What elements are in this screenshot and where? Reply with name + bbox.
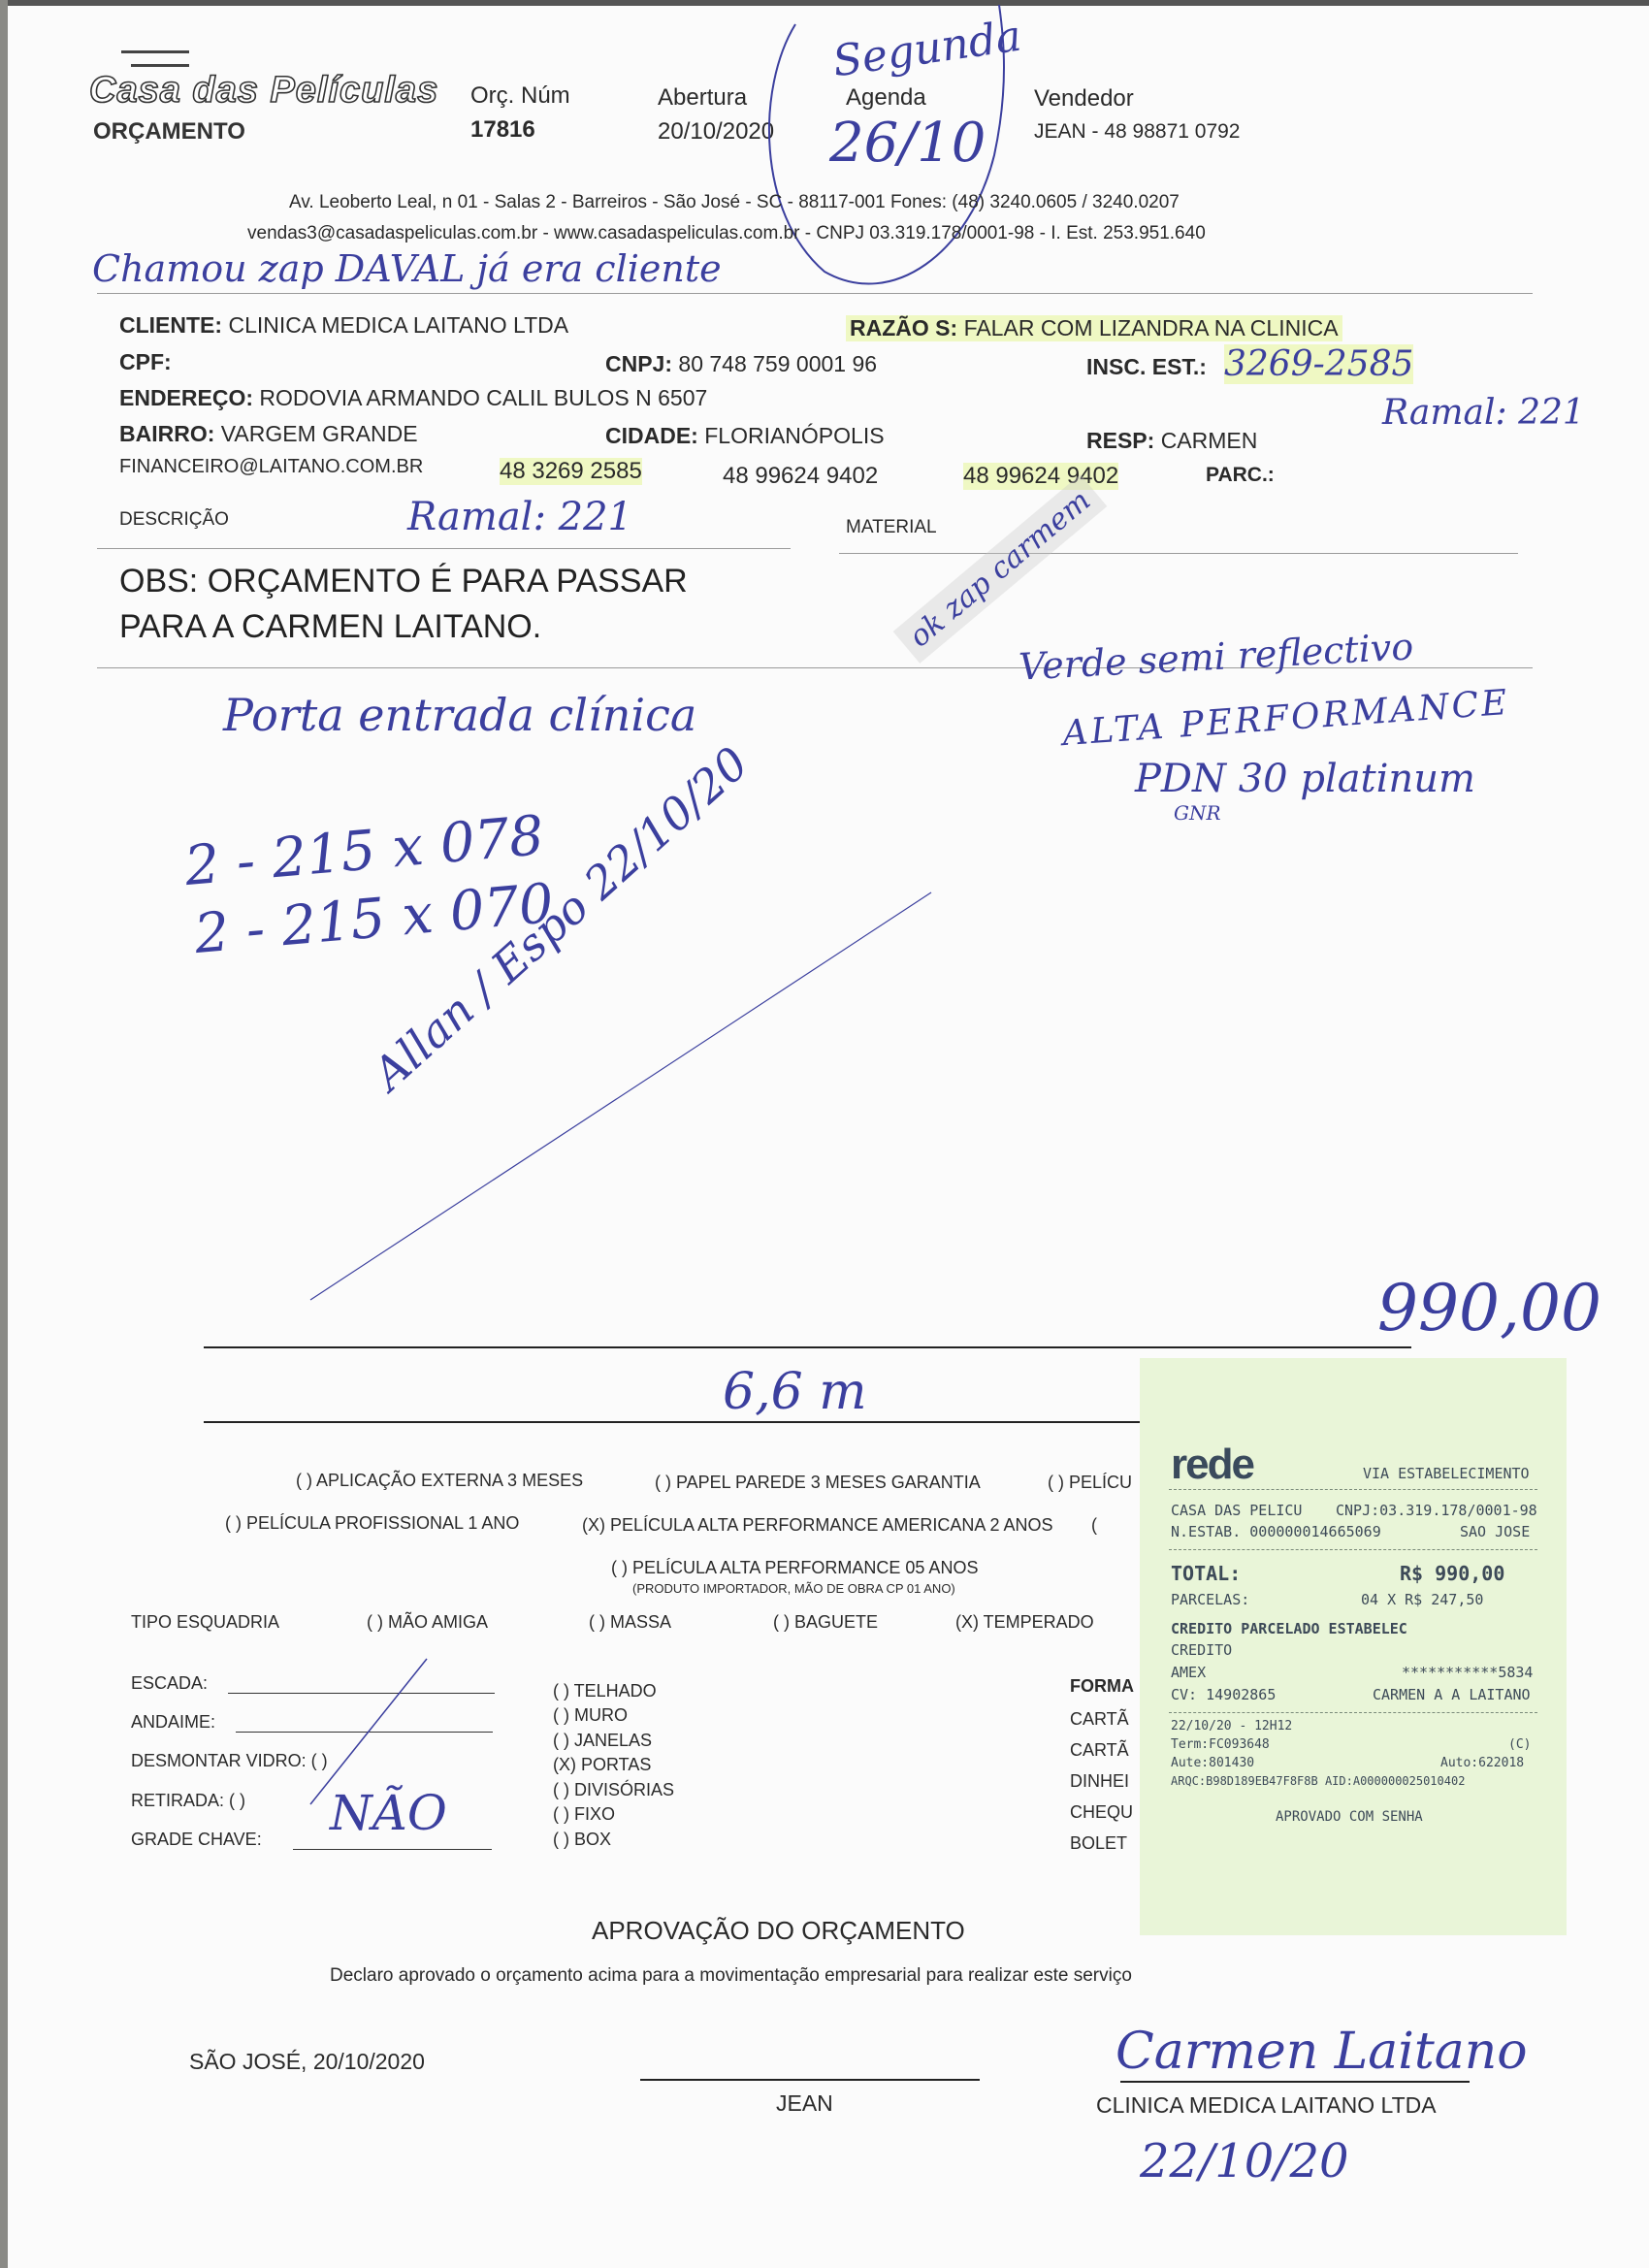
area-line <box>204 1421 1145 1423</box>
ramal-handwritten: Ramal: 221 <box>1382 393 1585 433</box>
esquadria-massa[interactable]: ( ) MASSA <box>589 1612 671 1633</box>
obs-line-1: OBS: ORÇAMENTO É PARA PASSAR <box>119 563 688 600</box>
razao-label: RAZÃO S: <box>850 315 957 340</box>
bairro-value: VARGEM GRANDE <box>221 421 418 446</box>
option-papel-parede[interactable]: ( ) PAPEL PAREDE 3 MESES GARANTIA <box>655 1473 981 1493</box>
material-desc-1: Verde semi reflectivo <box>1018 625 1414 688</box>
location-box[interactable]: ( ) BOX <box>553 1830 611 1850</box>
divider <box>839 553 1518 554</box>
receipt-aute: Aute:801430 <box>1171 1756 1254 1770</box>
cliente-label: CLIENTE: <box>119 312 222 338</box>
divider <box>97 293 1533 294</box>
desc-place-handwritten: Porta entrada clínica <box>223 689 696 741</box>
logo-decoration <box>131 64 189 67</box>
location-portas[interactable]: (X) PORTAS <box>553 1755 651 1775</box>
escada-label: ESCADA: <box>131 1673 208 1694</box>
seller-name: JEAN <box>776 2090 833 2117</box>
resp-row: RESP: CARMEN <box>1086 428 1257 454</box>
top-note-handwritten: Chamou zap DAVAL já era cliente <box>92 247 722 290</box>
cnpj-label: CNPJ: <box>605 351 672 376</box>
location-divisorias[interactable]: ( ) DIVISÓRIAS <box>553 1780 674 1800</box>
cidade-row: CIDADE: FLORIANÓPOLIS <box>605 423 885 449</box>
total-line <box>204 1346 1411 1348</box>
material-label: MATERIAL <box>846 517 937 538</box>
receipt-divider <box>1169 1549 1537 1550</box>
payment-option[interactable]: CARTÃ <box>1070 1740 1129 1761</box>
material-note-handwritten: ok zap carmem <box>893 474 1108 664</box>
approval-declaration: Declaro aprovado o orçamento acima para … <box>330 1965 1132 1987</box>
cidade-label: CIDADE: <box>605 423 698 448</box>
insc-est-handwritten: 3269-2585 <box>1224 344 1413 384</box>
payment-title: FORMA <box>1070 1676 1134 1697</box>
receipt-total-value: R$ 990,00 <box>1400 1562 1504 1585</box>
client-date-handwritten: 22/10/20 <box>1140 2134 1349 2188</box>
receipt-card-brand: AMEX <box>1171 1664 1206 1681</box>
receipt-city: SAO JOSE <box>1460 1523 1530 1540</box>
client-company-name: CLINICA MEDICA LAITANO LTDA <box>1096 2092 1437 2119</box>
receipt-parcelas-label: PARCELAS: <box>1171 1591 1249 1608</box>
receipt-card-number: ***********5834 <box>1402 1664 1533 1681</box>
payment-option[interactable]: CHEQU <box>1070 1802 1133 1823</box>
agenda-date-handwritten: 26/10 <box>829 112 986 175</box>
approval-title: APROVAÇÃO DO ORÇAMENTO <box>592 1916 965 1946</box>
company-address: Av. Leoberto Leal, n 01 - Salas 2 - Barr… <box>289 192 1180 213</box>
receipt-via: VIA ESTABELECIMENTO <box>1363 1465 1530 1482</box>
esquadria-label: TIPO ESQUADRIA <box>131 1612 279 1633</box>
location-janelas[interactable]: ( ) JANELAS <box>553 1731 652 1751</box>
bairro-label: BAIRRO: <box>119 421 214 446</box>
grade-chave-label: GRADE CHAVE: <box>131 1830 262 1850</box>
option-aplicacao-externa[interactable]: ( ) APLICAÇÃO EXTERNA 3 MESES <box>296 1471 583 1491</box>
esquadria-baguete[interactable]: ( ) BAGUETE <box>773 1612 878 1633</box>
cnpj-value: 80 748 759 0001 96 <box>678 351 877 376</box>
receipt-c: (C) <box>1508 1737 1531 1752</box>
location-telhado[interactable]: ( ) TELHADO <box>553 1681 657 1701</box>
client-signature-handwritten: Carmen Laitano <box>1115 2023 1528 2081</box>
payment-option[interactable]: DINHEI <box>1070 1771 1129 1792</box>
material-desc-2: ALTA PERFORMANCE <box>1061 683 1511 754</box>
material-desc-3: PDN 30 platinum <box>1135 757 1475 801</box>
receipt-holder: CARMEN A A LAITANO <box>1373 1686 1531 1703</box>
client-phone-3: 48 99624 9402 <box>963 463 1118 490</box>
ramal-desc-handwritten: Ramal: 221 <box>407 495 632 539</box>
seller-signature-line[interactable] <box>640 2079 980 2081</box>
receipt-credito: CREDITO <box>1171 1641 1232 1659</box>
receipt-cnpj: CNPJ:03.319.178/0001-98 <box>1336 1502 1537 1519</box>
razao-row: RAZÃO S: FALAR COM LIZANDRA NA CLINICA <box>846 315 1342 341</box>
client-row: CLIENTE: CLINICA MEDICA LAITANO LTDA <box>119 312 568 339</box>
total-value-handwritten: 990,00 <box>1377 1271 1601 1345</box>
endereco-value: RODOVIA ARMANDO CALIL BULOS N 6507 <box>259 385 707 410</box>
receipt-estab: N.ESTAB. 000000014665069 <box>1171 1523 1381 1540</box>
esquadria-temperado[interactable]: (X) TEMPERADO <box>955 1612 1094 1633</box>
retirada-option[interactable]: RETIRADA: ( ) <box>131 1791 245 1811</box>
obs-line-2: PARA A CARMEN LAITANO. <box>119 608 541 646</box>
receipt-term: Term:FC093648 <box>1171 1737 1270 1752</box>
client-phone-1: 48 3269 2585 <box>500 458 642 485</box>
total-area-handwritten: 6,6 m <box>723 1363 867 1421</box>
cnpj-row: CNPJ: 80 748 759 0001 96 <box>605 351 877 377</box>
location-fixo[interactable]: ( ) FIXO <box>553 1804 615 1825</box>
parc-label: PARC.: <box>1206 464 1275 487</box>
receipt-type: CREDITO PARCELADO ESTABELEC <box>1171 1620 1407 1637</box>
logo-decoration <box>121 50 189 53</box>
endereco-label: ENDEREÇO: <box>119 385 253 410</box>
descricao-label: DESCRIÇÃO <box>119 509 229 531</box>
receipt-parcelas-value: 04 X R$ 247,50 <box>1361 1591 1483 1608</box>
option-05-anos-note: (PRODUTO IMPORTADOR, MÃO DE OBRA CP 01 A… <box>632 1581 955 1596</box>
brand-logo: Casa das Películas <box>89 70 438 112</box>
option-pelicula-cut[interactable]: ( ) PELÍCU <box>1048 1473 1132 1493</box>
option-row2-cut[interactable]: ( <box>1091 1515 1097 1536</box>
vendedor-label: Vendedor <box>1034 85 1134 113</box>
company-contact: vendas3@casadaspeliculas.com.br - www.ca… <box>247 223 1206 244</box>
divider <box>97 548 791 549</box>
receipt-divider <box>1169 1712 1537 1713</box>
location-muro[interactable]: ( ) MURO <box>553 1705 628 1726</box>
endereco-row: ENDEREÇO: RODOVIA ARMANDO CALIL BULOS N … <box>119 385 707 411</box>
option-pelicula-americana[interactable]: (X) PELÍCULA ALTA PERFORMANCE AMERICANA … <box>582 1515 1052 1536</box>
receipt-total-label: TOTAL: <box>1171 1562 1241 1585</box>
orc-number: 17816 <box>470 116 535 144</box>
resp-value: CARMEN <box>1161 428 1258 453</box>
client-signature-line[interactable] <box>1120 2081 1470 2083</box>
scan-edge-left <box>0 0 8 2268</box>
client-phone-2: 48 99624 9402 <box>723 463 878 490</box>
approval-place-date: SÃO JOSÉ, 20/10/2020 <box>189 2049 425 2075</box>
client-email: FINANCEIRO@LAITANO.COM.BR <box>119 456 423 478</box>
receipt-divider <box>1169 1489 1537 1490</box>
payment-option[interactable]: BOLET <box>1070 1833 1127 1854</box>
insc-est-label: INSC. EST.: <box>1086 354 1207 380</box>
nao-handwritten: NÃO <box>330 1785 447 1841</box>
receipt-arqc: ARQC:B98D189EB47F8F8B AID:A0000000250104… <box>1171 1774 1465 1788</box>
option-pelicula-05-anos[interactable]: ( ) PELÍCULA ALTA PERFORMANCE 05 ANOS <box>611 1558 978 1578</box>
rede-logo: rede <box>1171 1441 1253 1489</box>
resp-label: RESP: <box>1086 428 1154 453</box>
receipt-datetime: 22/10/20 - 12H12 <box>1171 1719 1292 1733</box>
cliente-value: CLINICA MEDICA LAITANO LTDA <box>228 312 568 338</box>
orc-number-label: Orç. Núm <box>470 82 570 110</box>
receipt-merchant: CASA DAS PELICU <box>1171 1502 1302 1519</box>
bairro-row: BAIRRO: VARGEM GRANDE <box>119 421 418 447</box>
esquadria-mao-amiga[interactable]: ( ) MÃO AMIGA <box>367 1612 488 1633</box>
abertura-label: Abertura <box>658 84 747 112</box>
andaime-label: ANDAIME: <box>131 1712 215 1733</box>
payment-option[interactable]: CARTÃ <box>1070 1709 1129 1730</box>
document-type: ORÇAMENTO <box>93 118 245 146</box>
receipt-cv: CV: 14902865 <box>1171 1686 1276 1703</box>
razao-value: FALAR COM LIZANDRA NA CLINICA <box>964 315 1339 340</box>
receipt-status: APROVADO COM SENHA <box>1276 1809 1423 1825</box>
vendedor-value: JEAN - 48 98871 0792 <box>1034 120 1240 144</box>
cpf-label: CPF: <box>119 349 172 375</box>
card-receipt: rede VIA ESTABELECIMENTO CASA DAS PELICU… <box>1140 1358 1567 1935</box>
signature-slash-line <box>291 873 970 1319</box>
cidade-value: FLORIANÓPOLIS <box>704 423 884 448</box>
material-desc-4: GNR <box>1174 801 1221 825</box>
grade-chave-field[interactable] <box>293 1849 492 1850</box>
option-pelicula-profissional[interactable]: ( ) PELÍCULA PROFISSIONAL 1 ANO <box>225 1513 519 1534</box>
receipt-auto: Auto:622018 <box>1440 1756 1524 1770</box>
